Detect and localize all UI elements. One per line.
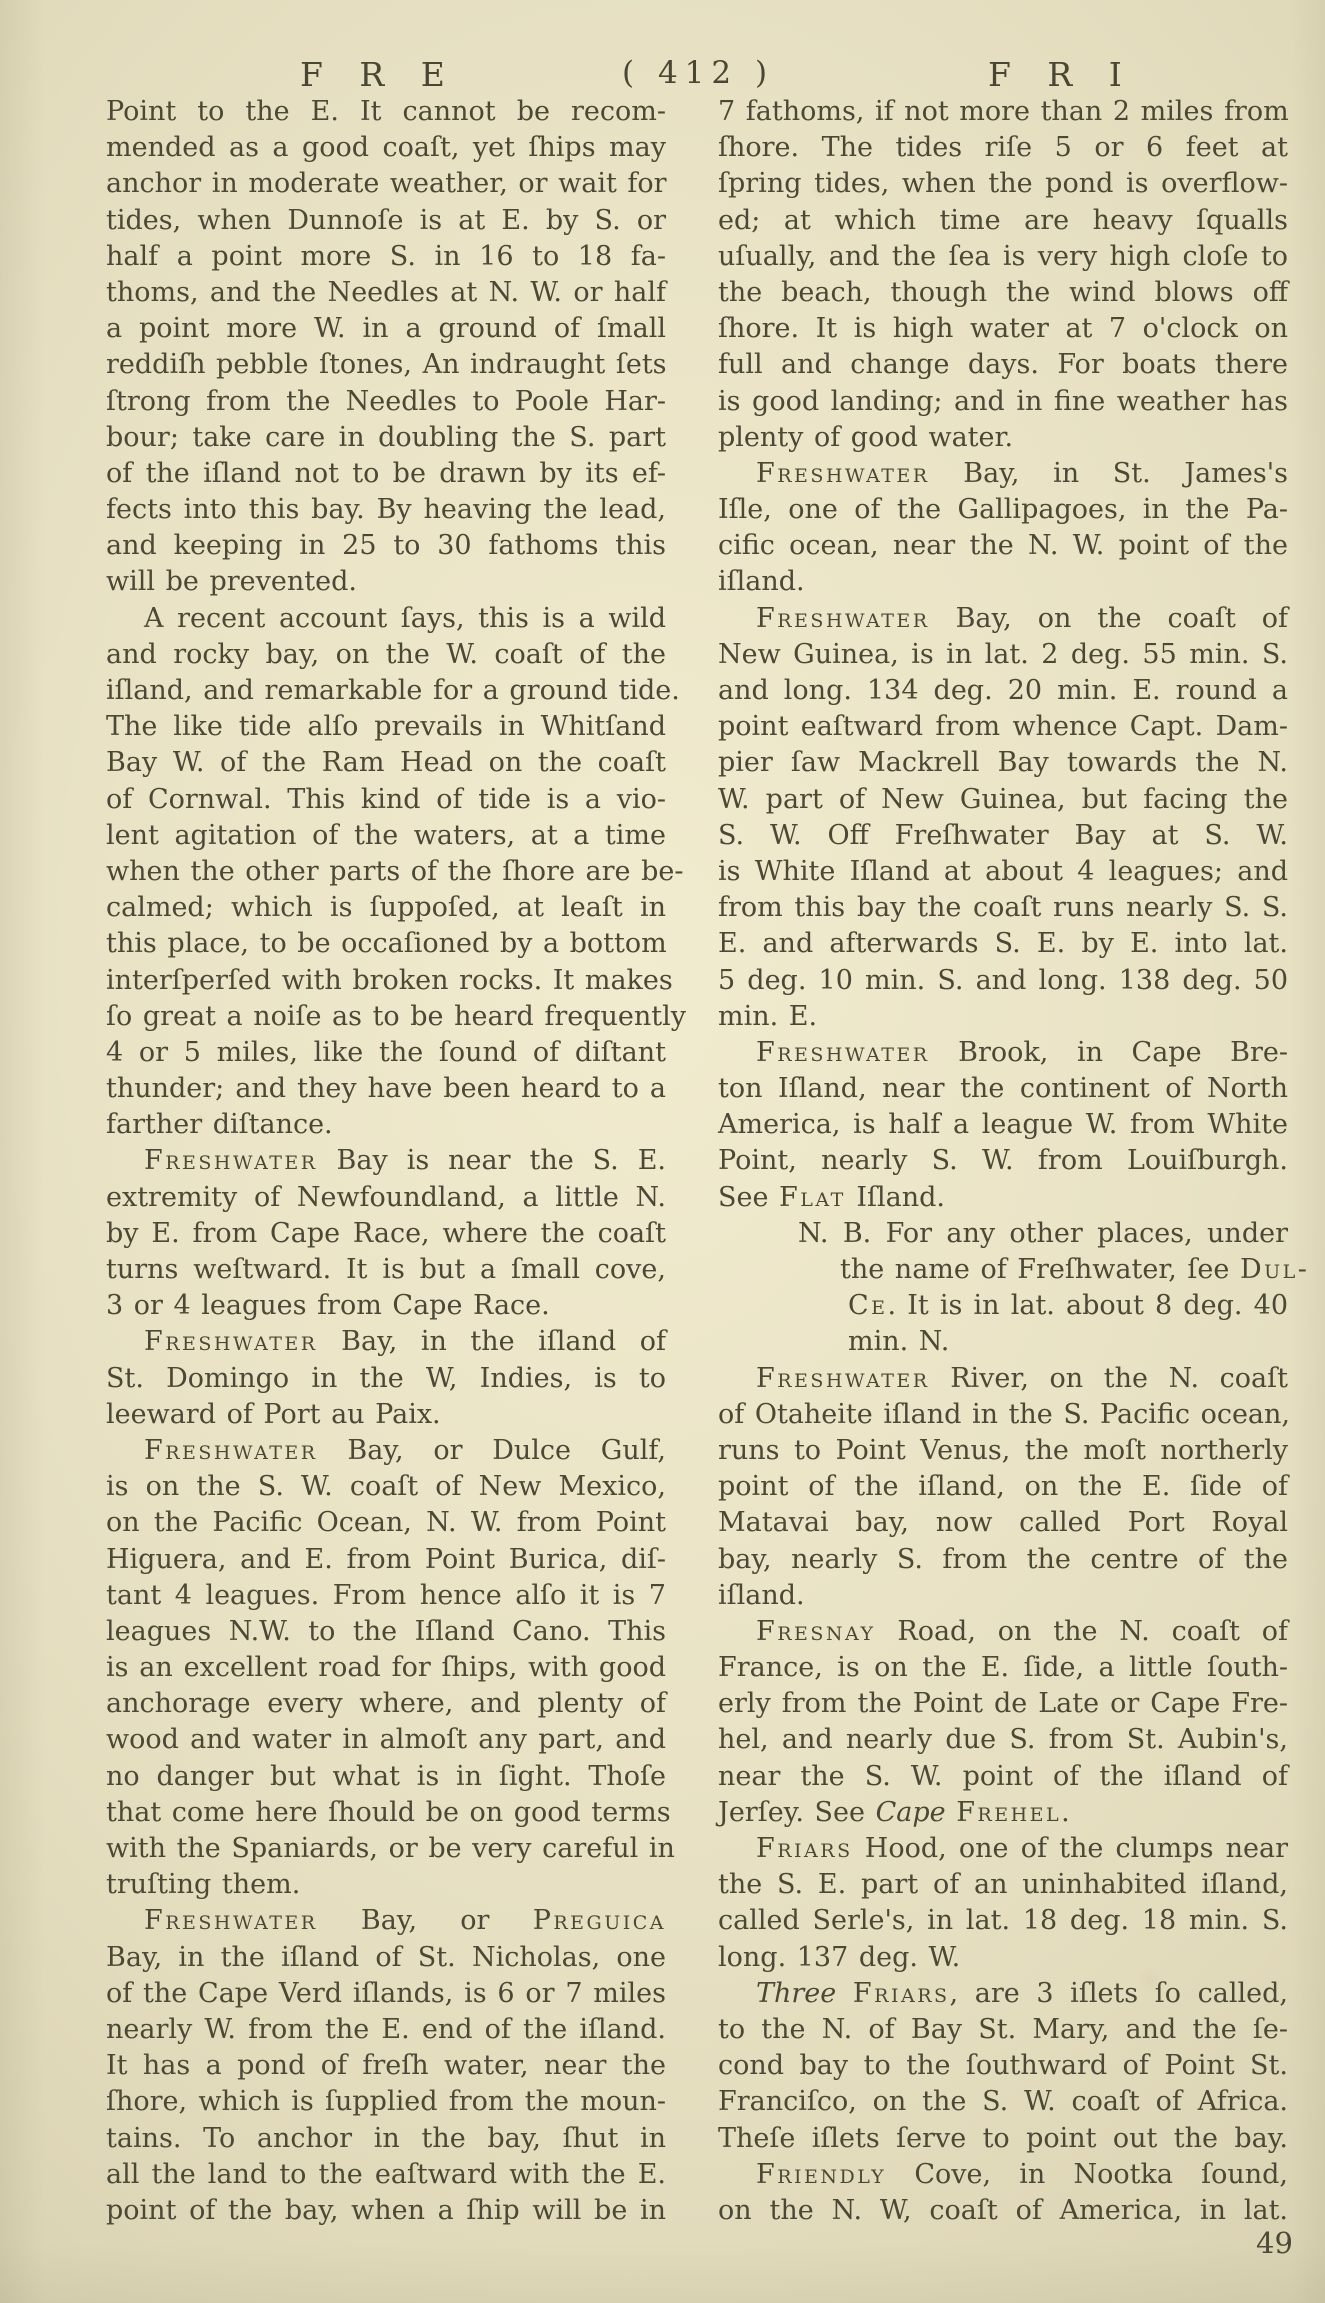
- text-column-right: 7 fathoms, if not more than 2 miles from…: [718, 94, 1288, 2229]
- headword-small-caps: Freshwater: [144, 1145, 318, 1176]
- text-line: plenty of good water.: [718, 420, 1288, 456]
- text-line: America, is half a league W. from White: [718, 1107, 1288, 1143]
- text-line: Freshwater River, on the N. coaſt: [718, 1361, 1288, 1397]
- text-line: 7 fathoms, if not more than 2 miles from: [718, 94, 1288, 130]
- text-line: bour; take care in doubling the S. part: [106, 420, 666, 456]
- text-line: Bay, in the iſland of St. Nicholas, one: [106, 1940, 666, 1976]
- text-line: the S. E. part of an uninhabited iſland,: [718, 1867, 1288, 1903]
- text-line: E. and afterwards S. E. by E. into lat.: [718, 926, 1288, 962]
- text-line: Freshwater Bay, in the iſland of: [106, 1324, 666, 1360]
- text-line: hel, and nearly due S. from St. Aubin's,: [718, 1722, 1288, 1758]
- text-line: ſhore. The tides riſe 5 or 6 feet at: [718, 130, 1288, 166]
- text-line: min. N.: [718, 1324, 1288, 1360]
- headword-small-caps: Ce: [848, 1290, 888, 1321]
- text-line: is White Iſland at about 4 leagues; and: [718, 854, 1288, 890]
- text-line: mended as a good coaſt, yet ſhips may: [106, 130, 666, 166]
- text-line: See Flat Iſland.: [718, 1180, 1288, 1216]
- text-line: and long. 134 deg. 20 min. E. round a: [718, 673, 1288, 709]
- text-line: tains. To anchor in the bay, ſhut in: [106, 2121, 666, 2157]
- text-line: near the S. W. point of the iſland of: [718, 1759, 1288, 1795]
- text-line: is good landing; and in fine weather has: [718, 384, 1288, 420]
- text-line: point of the iſland, on the E. ſide of: [718, 1469, 1288, 1505]
- text-line: from this bay the coaſt runs nearly S. S…: [718, 890, 1288, 926]
- text-line: ſtrong from the Needles to Poole Har-: [106, 384, 666, 420]
- headword-small-caps: Freshwater: [756, 1363, 930, 1394]
- text-line: Three Friars, are 3 iſlets ſo called,: [718, 1976, 1288, 2012]
- text-line: nearly W. from the E. end of the iſland.: [106, 2012, 666, 2048]
- text-line: The like tide alſo prevails in Whitſand: [106, 709, 666, 745]
- text-line: Jerſey. See Cape Frehel.: [718, 1795, 1288, 1831]
- text-line: farther diſtance.: [106, 1107, 666, 1143]
- headword-small-caps: Friars: [853, 1978, 950, 2009]
- text-line: Point, nearly S. W. from Louiſburgh.: [718, 1143, 1288, 1179]
- text-line: truſting them.: [106, 1867, 666, 1903]
- text-line: lent agitation of the waters, at a time: [106, 818, 666, 854]
- text-line: is an excellent road for ſhips, with goo…: [106, 1650, 666, 1686]
- text-line: Freshwater Bay, on the coaſt of: [718, 601, 1288, 637]
- text-line: thunder; and they have been heard to a: [106, 1071, 666, 1107]
- text-line: Freshwater Bay, or Dulce Gulf,: [106, 1433, 666, 1469]
- text-line: runs to Point Venus, the moſt northerly: [718, 1433, 1288, 1469]
- text-line: Ce. It is in lat. about 8 deg. 40: [718, 1288, 1288, 1324]
- text-column-left: Point to the E. It cannot be recom-mende…: [106, 94, 666, 2229]
- text-line: fects into this bay. By heaving the lead…: [106, 492, 666, 528]
- text-line: on the Pacific Ocean, N. W. from Point: [106, 1505, 666, 1541]
- text-line: turns weſtward. It is but a ſmall cove,: [106, 1252, 666, 1288]
- text-line: ſhore. It is high water at 7 o'clock on: [718, 311, 1288, 347]
- text-line: full and change days. For boats there: [718, 347, 1288, 383]
- text-line: Friars Hood, one of the clumps near: [718, 1831, 1288, 1867]
- text-line: by E. from Cape Race, where the coaſt: [106, 1216, 666, 1252]
- folio-page-number: ( 412 ): [622, 55, 774, 91]
- text-line: iſland.: [718, 564, 1288, 600]
- text-line: is on the S. W. coaſt of New Mexico,: [106, 1469, 666, 1505]
- text-line: Fresnay Road, on the N. coaſt of: [718, 1614, 1288, 1650]
- headword-small-caps: Freshwater: [144, 1326, 318, 1357]
- headword-small-caps: Freshwater: [756, 603, 930, 634]
- headword-small-caps: Freshwater: [144, 1905, 318, 1936]
- headword-small-caps: Preguica: [533, 1905, 666, 1936]
- text-line: this place, to be occaſioned by a bottom: [106, 926, 666, 962]
- headword-small-caps: Freshwater: [756, 458, 930, 489]
- text-line: 3 or 4 leagues from Cape Race.: [106, 1288, 666, 1324]
- text-line: anchor in moderate weather, or wait for: [106, 166, 666, 202]
- text-line: of the iſland not to be drawn by its ef-: [106, 456, 666, 492]
- text-line: the beach, though the wind blows off: [718, 275, 1288, 311]
- headword-small-caps: Freshwater: [756, 1037, 930, 1068]
- text-line: Iſle, one of the Gallipagoes, in the Pa-: [718, 492, 1288, 528]
- text-line: extremity of Newfoundland, a little N.: [106, 1180, 666, 1216]
- text-line: wood and water in almoſt any part, and: [106, 1722, 666, 1758]
- text-line: Theſe iſlets ſerve to point out the bay.: [718, 2121, 1288, 2157]
- text-line: no danger but what is in ſight. Thoſe: [106, 1759, 666, 1795]
- text-line: point of the bay, when a ſhip will be in: [106, 2193, 666, 2229]
- text-line: called Serle's, in lat. 18 deg. 18 min. …: [718, 1903, 1288, 1939]
- text-line: and keeping in 25 to 30 fathoms this: [106, 528, 666, 564]
- text-line: with the Spaniards, or be very careful i…: [106, 1831, 666, 1867]
- text-line: tides, when Dunnoſe is at E. by S. or: [106, 203, 666, 239]
- text-line: 5 deg. 10 min. S. and long. 138 deg. 50: [718, 963, 1288, 999]
- text-line: when the other parts of the ſhore are be…: [106, 854, 666, 890]
- text-line: France, is on the E. ſide, a little ſout…: [718, 1650, 1288, 1686]
- text-line: Friendly Cove, in Nootka ſound,: [718, 2157, 1288, 2193]
- text-line: anchorage every where, and plenty of: [106, 1686, 666, 1722]
- text-line: A recent account ſays, this is a wild: [106, 601, 666, 637]
- text-line: N. B. For any other places, under: [718, 1216, 1288, 1252]
- text-line: of the Cape Verd iſlands, is 6 or 7 mile…: [106, 1976, 666, 2012]
- text-line: thoms, and the Needles at N. W. or half: [106, 275, 666, 311]
- headword-small-caps: Freshwater: [144, 1435, 318, 1466]
- text-line: calmed; which is ſuppoſed, at leaſt in: [106, 890, 666, 926]
- headword-small-caps: Flat: [779, 1182, 846, 1213]
- headword-small-caps: Friendly: [756, 2159, 886, 2190]
- text-line: Freshwater Bay, in St. James's: [718, 456, 1288, 492]
- text-line: Freshwater Bay is near the S. E.: [106, 1143, 666, 1179]
- text-line: uſually, and the ſea is very high cloſe …: [718, 239, 1288, 275]
- text-line: ſo great a noiſe as to be heard frequent…: [106, 999, 666, 1035]
- text-line: ſhore, which is ſupplied from the moun-: [106, 2084, 666, 2120]
- text-line: the name of Freſhwater, ſee Dul-: [718, 1252, 1288, 1288]
- headword-small-caps: Fresnay: [756, 1616, 876, 1647]
- text-line: 4 or 5 miles, like the ſound of diſtant: [106, 1035, 666, 1071]
- text-line: ed; at which time are heavy ſqualls: [718, 203, 1288, 239]
- text-line: half a point more S. in 16 to 18 fa-: [106, 239, 666, 275]
- text-line: to the N. of Bay St. Mary, and the ſe-: [718, 2012, 1288, 2048]
- text-line: a point more W. in a ground of ſmall: [106, 311, 666, 347]
- text-line: all the land to the eaſtward with the E.: [106, 2157, 666, 2193]
- text-line: leagues N.W. to the Iſland Cano. This: [106, 1614, 666, 1650]
- text-line: ton Iſland, near the continent of North: [718, 1071, 1288, 1107]
- text-line: New Guinea, is in lat. 2 deg. 55 min. S.: [718, 637, 1288, 673]
- text-line: min. E.: [718, 999, 1288, 1035]
- text-line: will be prevented.: [106, 564, 666, 600]
- text-line: Higuera, and E. from Point Burica, diſ-: [106, 1542, 666, 1578]
- text-line: point eaſtward from whence Capt. Dam-: [718, 709, 1288, 745]
- text-line: Matavai bay, now called Port Royal: [718, 1505, 1288, 1541]
- text-line: erly from the Point de Late or Cape Fre-: [718, 1686, 1288, 1722]
- text-line: that come here ſhould be on good terms: [106, 1795, 666, 1831]
- text-line: cond bay to the ſouthward of Point St.: [718, 2048, 1288, 2084]
- text-line: Franciſco, on the S. W. coaſt of Africa.: [718, 2084, 1288, 2120]
- italic-text: Three: [756, 1978, 836, 2009]
- text-line: reddiſh pebble ſtones, An indraught ſets: [106, 347, 666, 383]
- text-line: long. 137 deg. W.: [718, 1940, 1288, 1976]
- text-line: Freshwater Bay, or Preguica: [106, 1903, 666, 1939]
- book-page: F R E ( 412 ) F R I Point to the E. It c…: [0, 0, 1325, 2303]
- text-line: of Otaheite iſland in the S. Pacific oce…: [718, 1397, 1288, 1433]
- text-line: It has a pond of freſh water, near the: [106, 2048, 666, 2084]
- text-line: and rocky bay, on the W. coaſt of the: [106, 637, 666, 673]
- headword-small-caps: Frehel: [956, 1797, 1061, 1828]
- italic-text: Cape: [876, 1797, 946, 1828]
- headword-small-caps: Dul-: [1240, 1254, 1309, 1285]
- text-line: leeward of Port au Paix.: [106, 1397, 666, 1433]
- text-line: St. Domingo in the W, Indies, is to: [106, 1361, 666, 1397]
- running-head-right: F R I: [988, 55, 1135, 94]
- text-line: iſland, and remarkable for a ground tide…: [106, 673, 666, 709]
- text-line: iſland.: [718, 1578, 1288, 1614]
- text-line: interſperſed with broken rocks. It makes: [106, 963, 666, 999]
- text-line: Point to the E. It cannot be recom-: [106, 94, 666, 130]
- running-head-left: F R E: [300, 55, 458, 94]
- signature-mark: 49: [1256, 2226, 1293, 2260]
- text-line: Freshwater Brook, in Cape Bre-: [718, 1035, 1288, 1071]
- text-line: pier ſaw Mackrell Bay towards the N.: [718, 745, 1288, 781]
- text-line: on the N. W, coaſt of America, in lat.: [718, 2193, 1288, 2229]
- text-line: W. part of New Guinea, but facing the: [718, 782, 1288, 818]
- headword-small-caps: Friars: [756, 1833, 853, 1864]
- text-line: ſpring tides, when the pond is overflow-: [718, 166, 1288, 202]
- text-line: cific ocean, near the N. W. point of the: [718, 528, 1288, 564]
- text-line: bay, nearly S. from the centre of the: [718, 1542, 1288, 1578]
- text-line: of Cornwal. This kind of tide is a vio-: [106, 782, 666, 818]
- text-line: Bay W. of the Ram Head on the coaſt: [106, 745, 666, 781]
- text-line: S. W. Off Freſhwater Bay at S. W.: [718, 818, 1288, 854]
- text-line: tant 4 leagues. From hence alſo it is 7: [106, 1578, 666, 1614]
